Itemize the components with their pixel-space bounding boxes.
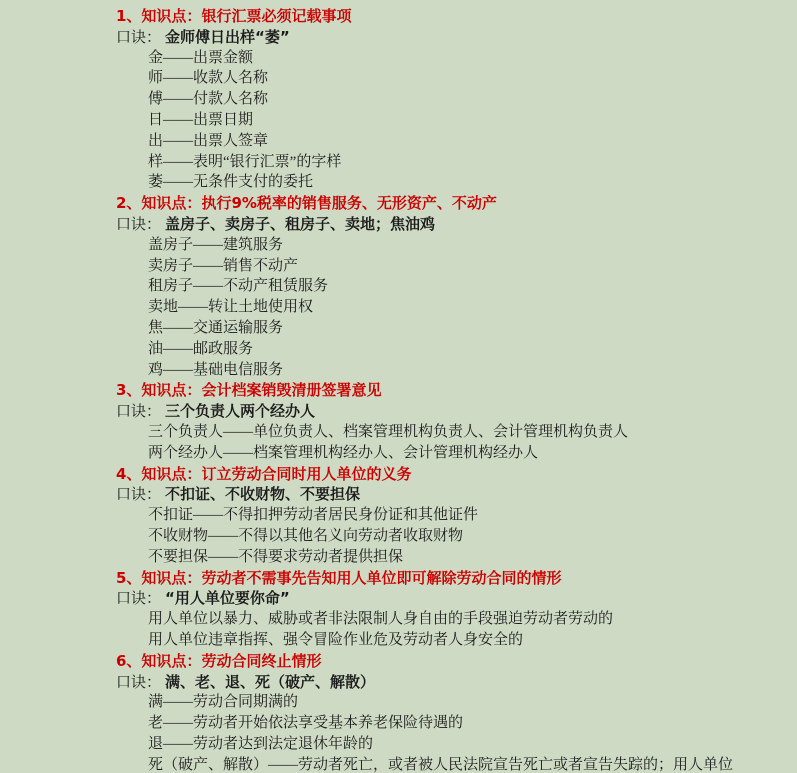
mnemonic-text: 金师傅日出样“萎”: [165, 28, 290, 46]
knowledge-point-section: 3、知识点：会计档案销毁清册签署意见 口诀：三个负责人两个经办人 三个负责人——…: [116, 380, 797, 463]
section-heading: 5、知识点：劳动者不需事先告知用人单位即可解除劳动合同的情形: [116, 568, 797, 589]
mnemonic-item: 盖房子——建筑服务: [116, 235, 797, 256]
section-heading: 2、知识点：执行9%税率的销售服务、无形资产、不动产: [116, 193, 797, 214]
mnemonic-item: 日——出票日期: [116, 110, 797, 131]
mnemonic-text: “用人单位要你命”: [165, 589, 290, 607]
mnemonic-item: 卖地——转让土地使用权: [116, 297, 797, 318]
knowledge-point-section: 5、知识点：劳动者不需事先告知用人单位即可解除劳动合同的情形 口诀：“用人单位要…: [116, 568, 797, 651]
mnemonic-item: 死（破产、解散）——劳动者死亡，或者被人民法院宣告死亡或者宣告失踪的；用人单位: [116, 755, 797, 773]
mnemonic-item: 卖房子——销售不动产: [116, 256, 797, 277]
mnemonic-label: 口诀：: [116, 487, 161, 503]
mnemonic-item: 不扣证——不得扣押劳动者居民身份证和其他证件: [116, 505, 797, 526]
section-heading: 6、知识点：劳动合同终止情形: [116, 651, 797, 672]
knowledge-point-section: 4、知识点：订立劳动合同时用人单位的义务 口诀：不扣证、不收财物、不要担保 不扣…: [116, 464, 797, 568]
document-page: { "page": { "background_color": "#cedac4…: [0, 0, 797, 773]
document-content: 1、知识点：银行汇票必须记载事项 口诀：金师傅日出样“萎” 金——出票金额师——…: [0, 0, 797, 773]
mnemonic-label: 口诀：: [116, 675, 161, 691]
mnemonic-item: 金——出票金额: [116, 48, 797, 69]
mnemonic-item: 油——邮政服务: [116, 339, 797, 360]
section-heading: 1、知识点：银行汇票必须记载事项: [116, 6, 797, 27]
mnemonic-item: 样——表明“银行汇票”的字样: [116, 152, 797, 173]
mnemonic-label: 口诀：: [116, 591, 161, 607]
mnemonic-text: 三个负责人两个经办人: [165, 402, 315, 420]
mnemonic-line: 口诀：金师傅日出样“萎”: [116, 27, 797, 48]
knowledge-point-section: 1、知识点：银行汇票必须记载事项 口诀：金师傅日出样“萎” 金——出票金额师——…: [116, 6, 797, 193]
mnemonic-line: 口诀：不扣证、不收财物、不要担保: [116, 484, 797, 505]
mnemonic-item: 用人单位违章指挥、强令冒险作业危及劳动者人身安全的: [116, 630, 797, 651]
mnemonic-item: 用人单位以暴力、威胁或者非法限制人身自由的手段强迫劳动者劳动的: [116, 609, 797, 630]
mnemonic-item: 鸡——基础电信服务: [116, 360, 797, 381]
mnemonic-item: 出——出票人签章: [116, 131, 797, 152]
mnemonic-text: 盖房子、卖房子、租房子、卖地；焦油鸡: [165, 215, 435, 233]
mnemonic-item: 不要担保——不得要求劳动者提供担保: [116, 547, 797, 568]
mnemonic-item: 不收财物——不得以其他名义向劳动者收取财物: [116, 526, 797, 547]
mnemonic-item: 退——劳动者达到法定退休年龄的: [116, 734, 797, 755]
knowledge-point-section: 6、知识点：劳动合同终止情形 口诀：满、老、退、死（破产、解散） 满——劳动合同…: [116, 651, 797, 773]
mnemonic-label: 口诀：: [116, 404, 161, 420]
mnemonic-item: 傅——付款人名称: [116, 89, 797, 110]
mnemonic-line: 口诀：满、老、退、死（破产、解散）: [116, 672, 797, 693]
knowledge-point-section: 2、知识点：执行9%税率的销售服务、无形资产、不动产 口诀：盖房子、卖房子、租房…: [116, 193, 797, 380]
mnemonic-label: 口诀：: [116, 30, 161, 46]
mnemonic-text: 不扣证、不收财物、不要担保: [165, 485, 360, 503]
mnemonic-item: 满——劳动合同期满的: [116, 692, 797, 713]
mnemonic-item: 萎——无条件支付的委托: [116, 172, 797, 193]
mnemonic-item: 租房子——不动产租赁服务: [116, 276, 797, 297]
mnemonic-line: 口诀：“用人单位要你命”: [116, 588, 797, 609]
mnemonic-item: 三个负责人——单位负责人、档案管理机构负责人、会计管理机构负责人: [116, 422, 797, 443]
mnemonic-item: 两个经办人——档案管理机构经办人、会计管理机构经办人: [116, 443, 797, 464]
section-heading: 3、知识点：会计档案销毁清册签署意见: [116, 380, 797, 401]
section-heading: 4、知识点：订立劳动合同时用人单位的义务: [116, 464, 797, 485]
mnemonic-item: 老——劳动者开始依法享受基本养老保险待遇的: [116, 713, 797, 734]
mnemonic-item: 焦——交通运输服务: [116, 318, 797, 339]
mnemonic-item: 师——收款人名称: [116, 68, 797, 89]
mnemonic-line: 口诀：三个负责人两个经办人: [116, 401, 797, 422]
mnemonic-text: 满、老、退、死（破产、解散）: [165, 673, 375, 691]
mnemonic-line: 口诀：盖房子、卖房子、租房子、卖地；焦油鸡: [116, 214, 797, 235]
mnemonic-label: 口诀：: [116, 217, 161, 233]
